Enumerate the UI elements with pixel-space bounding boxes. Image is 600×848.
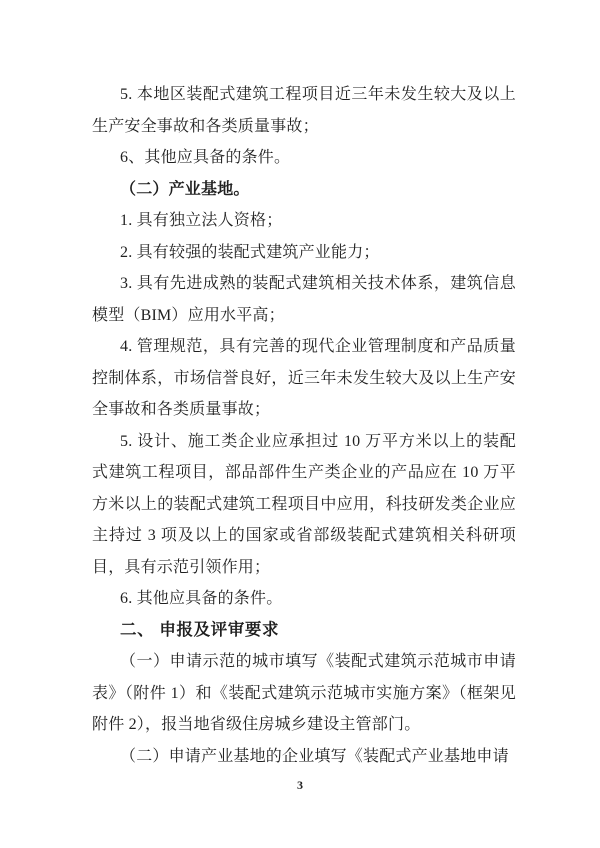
document-page: 5. 本地区装配式建筑工程项目近三年未发生较大及以上生产安全事故和各类质量事故；…	[0, 0, 600, 848]
clause-3-technical-system: 3. 具有先进成熟的装配式建筑相关技术体系，建筑信息模型（BIM）应用水平高；	[92, 268, 516, 331]
section-heading-application-review: 二、 申报及评审要求	[92, 615, 516, 647]
document-body: 5. 本地区装配式建筑工程项目近三年未发生较大及以上生产安全事故和各类质量事故；…	[92, 79, 516, 772]
clause-2-industry-capability: 2. 具有较强的装配式建筑产业能力；	[92, 237, 516, 269]
clause-5-safety-record: 5. 本地区装配式建筑工程项目近三年未发生较大及以上生产安全事故和各类质量事故；	[92, 79, 516, 142]
clause-6-other-conditions-2: 6. 其他应具备的条件。	[92, 583, 516, 615]
clause-5-project-scale: 5. 设计、施工类企业应承担过 10 万平方米以上的装配式建筑工程项目，部品部件…	[92, 426, 516, 584]
clause-6-other-conditions: 6、其他应具备的条件。	[92, 142, 516, 174]
clause-1-legal-person: 1. 具有独立法人资格；	[92, 205, 516, 237]
clause-2-industrial-base-application: （二）申请产业基地的企业填写《装配式产业基地申请	[92, 741, 516, 773]
clause-4-management-quality: 4. 管理规范，具有完善的现代企业管理制度和产品质量控制体系，市场信誉良好，近三…	[92, 331, 516, 426]
page-number: 3	[0, 778, 600, 793]
clause-1-demonstration-city-application: （一）申请示范的城市填写《装配式建筑示范城市申请表》（附件 1）和《装配式建筑示…	[92, 646, 516, 741]
subsection-heading-industrial-base: （二）产业基地。	[92, 174, 516, 206]
